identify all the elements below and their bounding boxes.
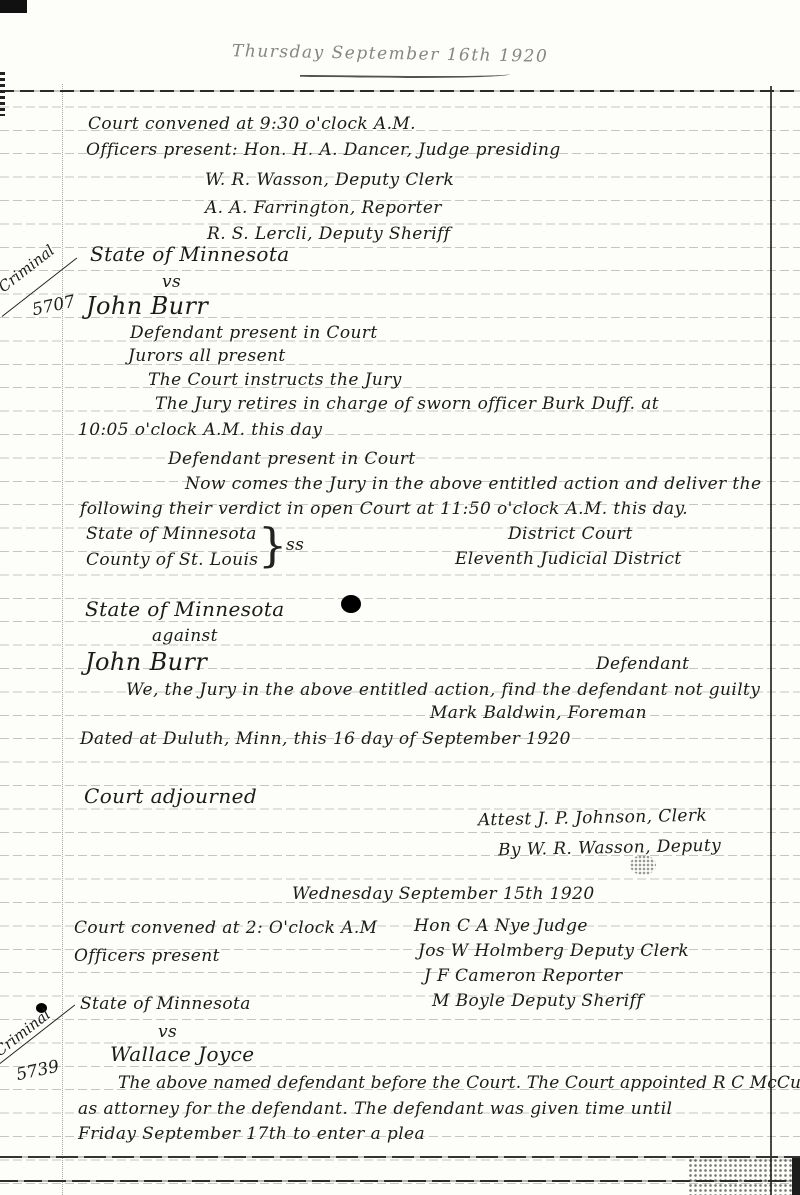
header-flourish-underline: [300, 70, 510, 79]
verdict-foreman: Mark Baldwin, Foreman: [430, 703, 647, 723]
minute2-appointment-b: as attorney for the defendant. The defen…: [78, 1099, 672, 1119]
verdict-defendant-label: Defendant: [596, 654, 689, 674]
scan-artifact-bottom-right: [688, 1158, 800, 1195]
venue-district: Eleventh Judicial District: [455, 549, 682, 569]
session2-convened: Court convened at 2: O'clock A.M: [74, 918, 377, 938]
scan-artifact-top-left: [0, 0, 27, 13]
court-adjourned: Court adjourned: [84, 784, 257, 808]
verdict-plaintiff: State of Minnesota: [85, 597, 285, 621]
attest-deputy: By W. R. Wasson, Deputy: [498, 836, 722, 861]
verdict-finding: We, the Jury in the above entitled actio…: [126, 680, 760, 700]
minute-jurors-present: Jurors all present: [128, 346, 286, 366]
ink-blot: [341, 595, 361, 613]
caption-versus: vs: [162, 272, 181, 292]
session2-officers-present: Officers present: [74, 946, 220, 966]
margin-case-type: Criminal: [0, 239, 61, 296]
verdict-dated: Dated at Duluth, Minn, this 16 day of Se…: [80, 729, 571, 749]
minute-defendant-present-1: Defendant present in Court: [130, 323, 378, 343]
right-edge-rule: [770, 86, 772, 1195]
caption2-plaintiff: State of Minnesota: [80, 994, 251, 1014]
officer-clerk: W. R. Wasson, Deputy Clerk: [205, 170, 454, 190]
venue-county: County of St. Louis: [86, 550, 258, 570]
margin-case-type: Criminal: [0, 1005, 54, 1060]
venue-court: District Court: [508, 524, 633, 544]
minute-court-instructs: The Court instructs the Jury: [148, 370, 402, 390]
caption2-defendant: Wallace Joyce: [110, 1042, 254, 1066]
session2-reporter: J F Cameron Reporter: [424, 966, 623, 986]
officer-sheriff: R. S. Lercli, Deputy Sheriff: [207, 224, 451, 244]
caption-defendant: John Burr: [86, 292, 208, 320]
margin-note-5707: Criminal 5707: [6, 278, 75, 316]
minute2-appointment-c: Friday September 17th to enter a plea: [78, 1124, 425, 1144]
verdict-defendant-name: John Burr: [85, 648, 207, 676]
margin-case-number: 5707: [30, 292, 76, 321]
officer-reporter: A. A. Farrington, Reporter: [205, 198, 442, 218]
venue-brace: }: [258, 518, 288, 572]
court-convened-line: Court convened at 9:30 o'clock A.M.: [88, 114, 416, 134]
scan-artifact-left-edge: [0, 72, 5, 116]
margin-note-5739: Criminal 5739: [2, 1042, 68, 1080]
venue-ss: ss: [286, 535, 304, 555]
page-header-date: Thursday September 16th 1920: [232, 41, 549, 67]
scan-artifact-bottom-right-corner: [792, 1158, 800, 1195]
minute-defendant-present-2: Defendant present in Court: [168, 449, 416, 469]
minute2-appointment-a: The above named defendant before the Cou…: [118, 1073, 800, 1093]
bottom-ruled-line-2: [0, 1180, 800, 1182]
minute-jury-returns-b: following their verdict in open Court at…: [80, 499, 688, 519]
session2-heading: Wednesday September 15th 1920: [292, 884, 595, 904]
officers-present-line: Officers present: Hon. H. A. Dancer, Jud…: [86, 140, 561, 160]
caption-plaintiff: State of Minnesota: [90, 242, 290, 266]
minute-jury-retires-b: 10:05 o'clock A.M. this day: [78, 420, 322, 440]
venue-state: State of Minnesota: [86, 524, 257, 544]
minute-jury-retires-a: The Jury retires in charge of sworn offi…: [155, 394, 659, 414]
attest-clerk: Attest J. P. Johnson, Clerk: [478, 806, 708, 831]
scan-smudge: [630, 855, 656, 875]
session2-clerk: Jos W Holmberg Deputy Clerk: [418, 941, 689, 961]
session2-sheriff: M Boyle Deputy Sheriff: [432, 991, 643, 1011]
ledger-page: Thursday September 16th 1920 Court conve…: [0, 0, 800, 1195]
verdict-against: against: [152, 626, 218, 646]
bottom-ruled-line-1: [0, 1156, 800, 1158]
minute-jury-returns-a: Now comes the Jury in the above entitled…: [185, 474, 761, 494]
caption2-versus: vs: [158, 1022, 177, 1042]
top-ruled-line: [0, 90, 800, 92]
left-margin-rule: [62, 84, 63, 1195]
session2-judge: Hon C A Nye Judge: [414, 916, 588, 936]
